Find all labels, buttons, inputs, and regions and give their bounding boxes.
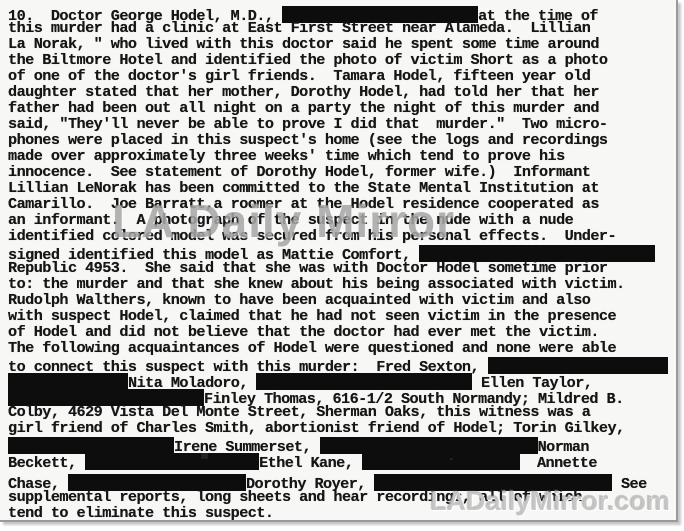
redaction-bar [85, 453, 259, 470]
redaction-bar [8, 373, 128, 390]
line-text: girl friend of Charles Smith, abortionis… [8, 419, 625, 437]
document-line: this murder had a clinic at East First S… [8, 21, 590, 36]
line-text: Ethel Kane, [259, 454, 362, 472]
document-line: the Biltmore Hotel and identified the ph… [8, 53, 607, 68]
typewritten-document-page: 10. Doctor George Hodel, M.D., at the ti… [0, 0, 678, 522]
line-text: Beckett, [8, 454, 85, 472]
document-line: of Hodel and did not believe that the do… [8, 325, 599, 340]
redaction-bar [8, 437, 174, 454]
document-line: Colby, 4629 Vista Del Monte Street, Sher… [8, 405, 590, 420]
ink-speck [201, 453, 208, 459]
document-line: Beckett, Ethel Kane, Annette [8, 453, 597, 471]
document-line: La Norak, " who lived with this doctor s… [8, 37, 599, 52]
document-line: Lillian LeNorak has been committed to th… [8, 181, 599, 196]
redaction-bar [256, 373, 472, 390]
document-line: with suspect Hodel, claimed that he had … [8, 309, 616, 324]
redaction-bar [320, 437, 538, 454]
document-line: father had been out all night on a party… [8, 101, 599, 116]
document-line: Republic 4953. She said that she was wit… [8, 261, 607, 276]
watermark-corner: LADailyMirror.com [430, 486, 670, 516]
line-text: tend to eliminate this suspect. [8, 504, 273, 522]
document-line: tend to eliminate this suspect. [8, 506, 273, 521]
document-line: said, "They'll never be able to prove I … [8, 117, 607, 132]
document-line: Rudolph Walthers, known to have been acq… [8, 293, 590, 308]
ink-speck [450, 458, 453, 460]
redaction-bar [488, 357, 668, 374]
watermark-center: LA Daily Mirror [112, 196, 455, 246]
document-line: daughter stated that her mother, Dorothy… [8, 85, 599, 100]
line-text: The following acquaintances of Hodel wer… [8, 339, 616, 357]
line-text: Annette [520, 454, 597, 472]
document-line: to: the murder and that she knew about h… [8, 277, 625, 292]
document-line: of one of the doctor's girl friends. Tam… [8, 69, 590, 84]
document-line: innocence. See statement of Dorothy Hode… [8, 165, 590, 180]
document-line: made over approximately three weeks' tim… [8, 149, 565, 164]
document-line: phones were placed in this suspect's hom… [8, 133, 607, 148]
document-line: The following acquaintances of Hodel wer… [8, 341, 616, 356]
redaction-bar [362, 453, 520, 470]
document-line: girl friend of Charles Smith, abortionis… [8, 421, 625, 436]
